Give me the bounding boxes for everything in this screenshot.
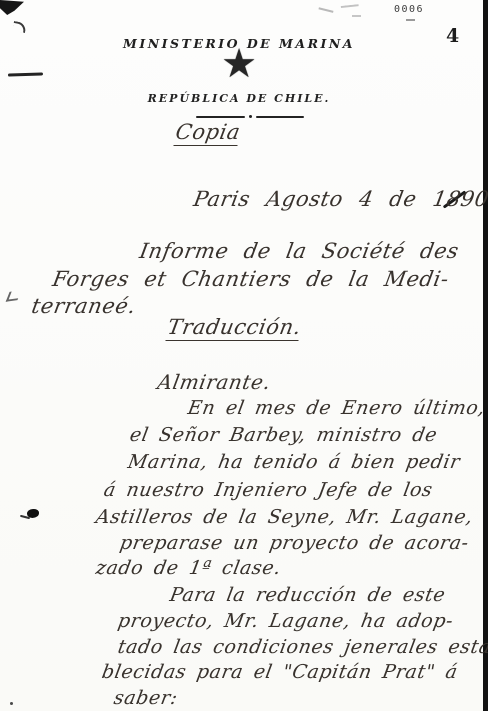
body-line: tado las condiciones jenerales esta- — [116, 636, 488, 658]
divider-dot — [249, 115, 252, 118]
letterhead-divider — [196, 114, 304, 119]
body-line: Para la reducción de este — [168, 584, 447, 606]
stamp-underline-mark — [406, 19, 415, 21]
translation-heading: Traducción. — [166, 315, 303, 339]
body-line: blecidas para el "Capitán Prat" á — [100, 661, 459, 683]
pencil-scribble — [341, 4, 360, 13]
body-line: Astilleros de la Seyne, Mr. Lagane, — [94, 506, 475, 528]
subject-line: Informe de la Société des — [138, 239, 461, 263]
corner-fold-mark — [0, 0, 24, 15]
divider-segment — [256, 116, 305, 118]
speck-mark — [10, 702, 13, 705]
body-line: proyecto, Mr. Lagane, ha adop- — [116, 610, 455, 632]
body-line: Marina, ha tenido á bien pedir — [126, 451, 462, 473]
pencil-scribble — [317, 7, 333, 16]
archive-stamp-number: 0006 — [394, 4, 424, 15]
scan-edge-shadow — [483, 0, 488, 711]
letterhead-republic-title: REPÚBLICA DE CHILE. — [0, 92, 478, 105]
body-line: el Señor Barbey, ministro de — [128, 424, 439, 446]
body-line: saber: — [112, 687, 179, 709]
translation-heading-text: Traducción. — [165, 315, 303, 341]
copy-annotation-text: Copia — [173, 120, 242, 146]
pencil-scribble — [352, 15, 361, 17]
divider-segment — [196, 116, 245, 118]
body-line: zado de 1ª clase. — [94, 557, 283, 579]
body-line: preparase un proyecto de acora- — [118, 532, 471, 554]
ink-squiggle-mark — [12, 21, 27, 33]
body-line: á nuestro Injeniero Jefe de los — [102, 479, 434, 501]
subject-line: Forges et Chantiers de la Medi- — [51, 267, 451, 291]
subject-line: terraneé. — [30, 294, 138, 318]
star-icon: ★ — [0, 40, 478, 88]
scanned-letter-page: 0006 4 MINISTERIO DE MARINA ★ REPÚBLICA … — [0, 0, 488, 711]
copy-annotation: Copia — [174, 120, 243, 144]
salutation: Almirante. — [156, 370, 273, 394]
margin-check-mark — [6, 290, 22, 301]
body-line: En el mes de Enero último, — [186, 397, 487, 419]
dateline: Paris Agosto 4 de 1890 — [192, 187, 488, 211]
